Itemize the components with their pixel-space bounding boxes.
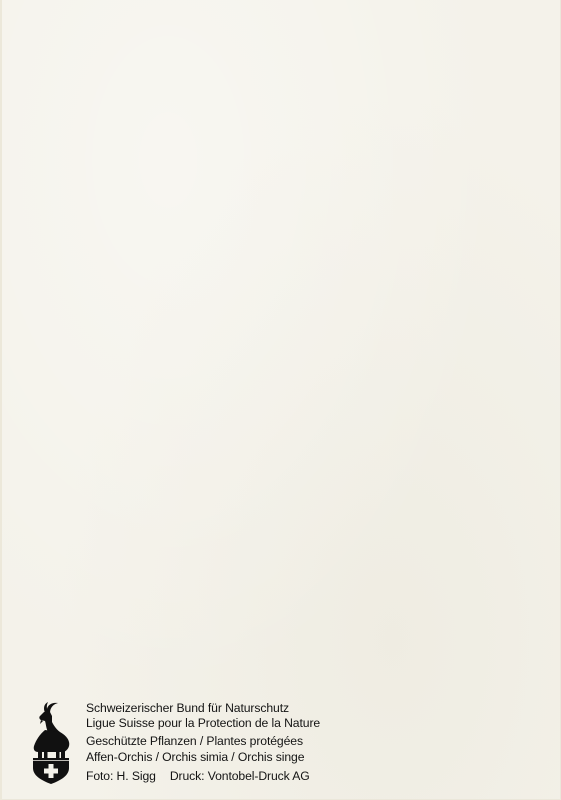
species-name: Affen-Orchis / Orchis simia / Orchis sin…: [86, 749, 320, 765]
postcard-back: Schweizerischer Bund für Naturschutz Lig…: [0, 0, 561, 800]
printer-credit: Druck: Vontobel-Druck AG: [170, 769, 310, 783]
ibex-shield-logo-icon: [30, 702, 72, 784]
credits-line: Foto: H. SiggDruck: Vontobel-Druck AG: [86, 768, 320, 785]
organization-name-german: Schweizerischer Bund für Naturschutz: [86, 701, 320, 716]
imprint-block: Schweizerischer Bund für Naturschutz Lig…: [30, 700, 360, 790]
series-title: Geschützte Pflanzen / Plantes protégées: [86, 733, 320, 749]
organization-name-french: Ligue Suisse pour la Protection de la Na…: [86, 716, 320, 731]
imprint-text: Schweizerischer Bund für Naturschutz Lig…: [86, 700, 320, 785]
photo-credit: Foto: H. Sigg: [86, 769, 156, 783]
